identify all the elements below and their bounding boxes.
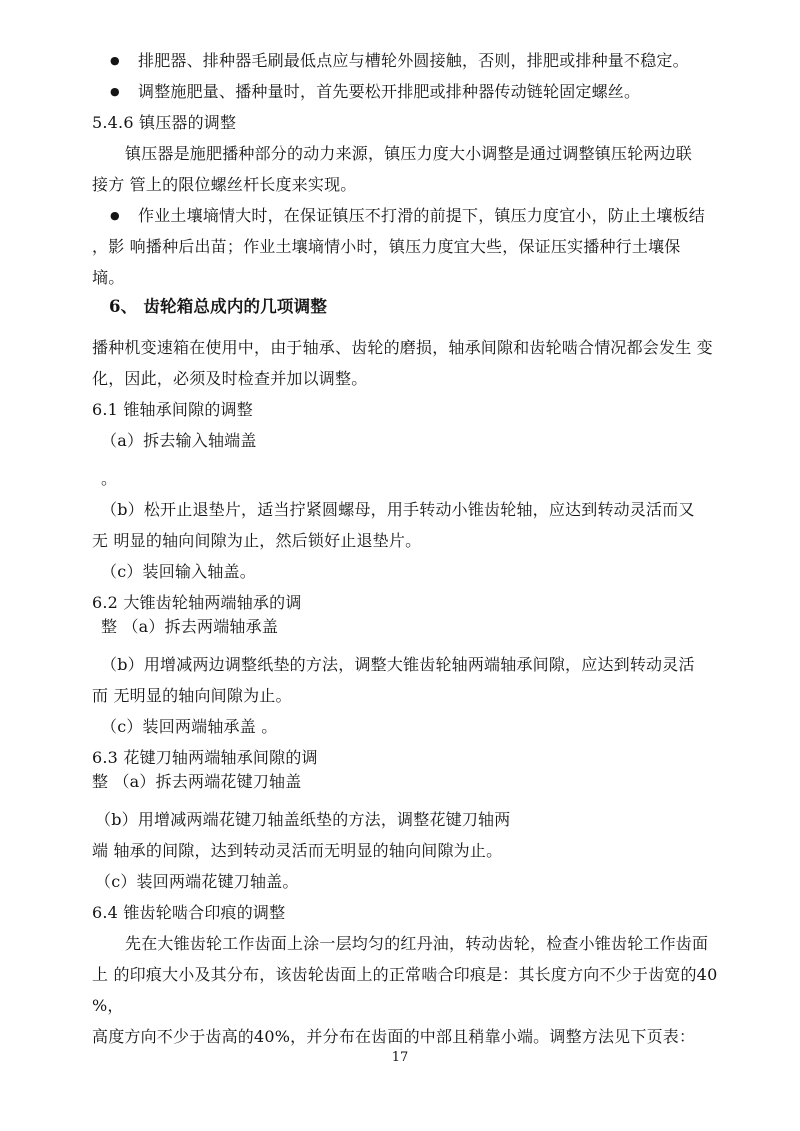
text-line: 整 （a）拆去两端花键刀轴盖 (92, 771, 752, 792)
text-line: 先在大锥齿轮工作齿面上涂一层均匀的红丹油，转动齿轮，检查小锥齿轮工作齿面 (125, 933, 752, 954)
section-label: 6.1 锥轴承间隙的调整 (92, 399, 752, 420)
text-line: 镇压器是施肥播种部分的动力来源，镇压力度大小调整是通过调整镇压轮两边联 (125, 143, 752, 164)
text-line: （a）拆去输入轴端盖 (101, 430, 752, 451)
text-line: 播种机变速箱在使用中，由于轴承、齿轮的磨损，轴承间隙和齿轮啮合情况都会发生 变 (92, 337, 752, 358)
text-line: 上 的印痕大小及其分布，该齿轮齿面上的正常啮合印痕是：其长度方向不少于齿宽的40 (92, 964, 752, 985)
text-line: 接方 管上的限位螺丝杆长度来实现。 (92, 174, 752, 195)
section-label: 6.2 大锥齿轮轴两端轴承的调 (92, 592, 752, 613)
text-line: （c）装回两端轴承盖 。 (101, 716, 752, 737)
bullet-item: ●作业土壤墒情大时，在保证镇压不打滑的前提下，镇压力度宜小，防止土壤板结 (92, 205, 752, 226)
section-heading: 6、 齿轮箱总成内的几项调整 (109, 296, 752, 317)
document-page: ●排肥器、排种器毛刷最低点应与槽轮外圆接触，否则，排肥或排种量不稳定。●调整施肥… (0, 0, 800, 1131)
page-number: 17 (0, 1050, 800, 1065)
text-line: （b）松开止退垫片，适当拧紧圆螺母，用手转动小锥齿轮轴，应达到转动灵活而又 (101, 499, 752, 520)
text-line: 。 (101, 468, 752, 489)
document-body: ●排肥器、排种器毛刷最低点应与槽轮外圆接触，否则，排肥或排种量不稳定。●调整施肥… (92, 50, 752, 1047)
text-line: 高度方向不少于齿高的40%，并分布在齿面的中部且稍靠小端。调整方法见下页表： (92, 1026, 752, 1047)
bullet-icon: ● (110, 53, 120, 69)
text-line: 无 明显的轴向间隙为止，然后锁好止退垫片。 (92, 530, 752, 551)
text-line: 整 （a）拆去两端轴承盖 (101, 616, 752, 637)
section-label: 6.3 花键刀轴两端轴承间隙的调 (92, 747, 752, 768)
bullet-icon: ● (110, 208, 120, 224)
section-label: 5.4.6 镇压器的调整 (92, 112, 752, 133)
text-line: ，影 响播种后出苗；作业土壤墒情小时，镇压力度宜大些，保证压实播种行土壤保 (92, 236, 752, 257)
bullet-icon: ● (110, 84, 120, 100)
text-line: （c）装回两端花键刀轴盖。 (95, 871, 752, 892)
bullet-text: 排肥器、排种器毛刷最低点应与槽轮外圆接触，否则，排肥或排种量不稳定。 (138, 51, 689, 70)
section-label: 6.4 锥齿轮啮合印痕的调整 (92, 902, 752, 923)
text-line: %， (92, 995, 752, 1016)
text-line: 端 轴承的间隙，达到转动灵活而无明显的轴向间隙为止。 (92, 840, 752, 861)
text-line: （b）用增减两端花键刀轴盖纸垫的方法，调整花键刀轴两 (95, 809, 752, 830)
bullet-item: ●排肥器、排种器毛刷最低点应与槽轮外圆接触，否则，排肥或排种量不稳定。 (92, 50, 752, 71)
text-line: 而 无明显的轴向间隙为止。 (92, 685, 752, 706)
text-line: 墒。 (92, 267, 752, 288)
bullet-item: ●调整施肥量、播种量时，首先要松开排肥或排种器传动链轮固定螺丝。 (92, 81, 752, 102)
text-line: 化，因此，必须及时检查并加以调整。 (92, 368, 752, 389)
text-line: （b）用增减两边调整纸垫的方法，调整大锥齿轮轴两端轴承间隙，应达到转动灵活 (101, 654, 752, 675)
bullet-text: 作业土壤墒情大时，在保证镇压不打滑的前提下，镇压力度宜小，防止土壤板结 (138, 206, 705, 225)
bullet-text: 调整施肥量、播种量时，首先要松开排肥或排种器传动链轮固定螺丝。 (138, 82, 640, 101)
text-line: （c）装回输入轴盖。 (101, 561, 752, 582)
